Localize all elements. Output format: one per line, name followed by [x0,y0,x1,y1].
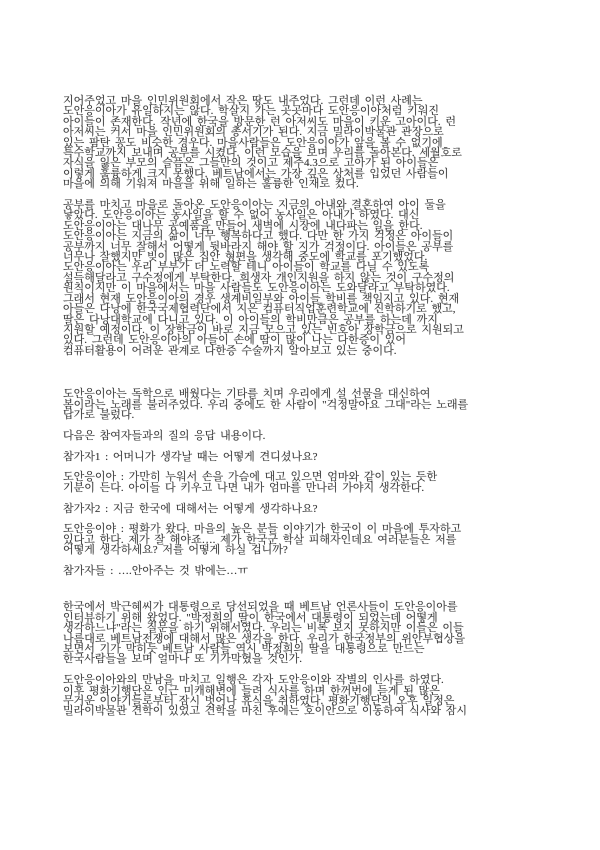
paragraph: 다음은 참여자들과의 질의 응답 내용이다. [63,431,555,441]
paragraph: 한국에서 박근혜씨가 대통령으로 당선되었을 때 베트남 언론사들이 도안응이아… [63,602,555,664]
paragraph: 도안응이야 : 평화가 왔다. 마을의 높은 분들 이야기가 한국이 이 마을에… [63,524,555,555]
document-text-block: 지어주었고 마을 인민위원회에서 작은 땅도 내주었다. 그런데 이런 사례는 … [63,96,555,717]
paragraph: 지어주었고 마을 인민위원회에서 작은 땅도 내주었다. 그런데 이런 사례는 … [63,96,555,190]
paragraph: 참가자들 : ….안아주는 것 밖에는…ㅠ [63,566,555,576]
paragraph: 도안응이아와의 만남을 마치고 일행은 각자 도안응이와 작별의 인사를 하였다… [63,675,555,717]
paragraph: 도안응이아 : 가만히 누워서 손을 가슴에 대고 있으면 엄마와 같이 있는 … [63,472,555,493]
paragraph: 참가자1 : 어머니가 생각날 때는 어떻게 견디셨나요? [63,452,555,462]
paragraph: 공부를 마치고 마을로 돌아온 도안응이아는 지금의 아내와 결혼하여 아이 둘… [63,200,555,356]
document-page: 지어주었고 마을 인민위원회에서 작은 땅도 내주었다. 그런데 이런 사례는 … [0,0,600,850]
paragraph: 도안응이아는 독학으로 배웠다는 기타를 치며 우리에게 설 선물을 대신하여 … [63,389,555,420]
paragraph: 참가자2 : 지금 한국에 대해서는 어떻게 생각하나요? [63,504,555,514]
